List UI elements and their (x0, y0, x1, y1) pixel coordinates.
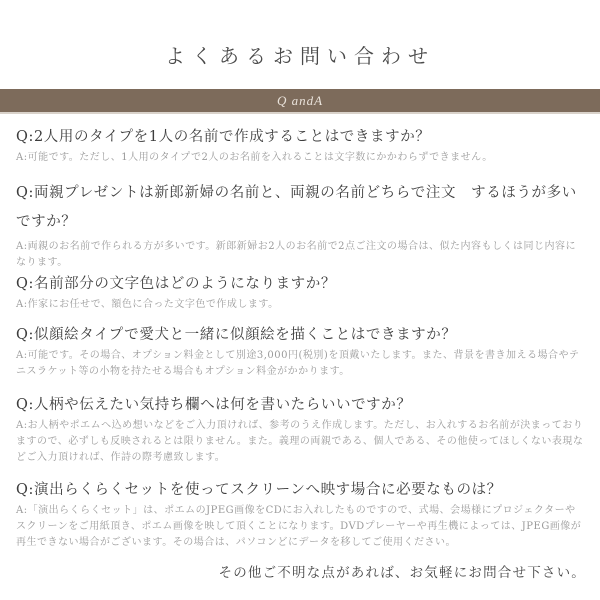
faq-answer: A:お人柄やポエムへ込め想いなどをご入力頂ければ、参考のうえ作成します。ただし、… (16, 418, 586, 466)
faq-item: Q:演出らくらくセットを使ってスクリーンへ映す場合に必要なものは？ A:「演出ら… (16, 477, 586, 551)
qa-banner-label: Q andA (0, 89, 600, 112)
faq-question: Q:人柄や伝えたい気持ち欄へは何を書いたらいいですか？ (16, 392, 586, 418)
faq-question: Q:似顔絵タイプで愛犬と一緒に似顔絵を描くことはできますか？ (16, 322, 586, 348)
faq-item: Q:両親プレゼントは新郎新婦の名前と、両親の名前どちらで注文 するほうが多いです… (16, 179, 586, 271)
faq-answer: A:両親のお名前で作られる方が多いです。新郎新婦お2人のお名前で2点ご注文の場合… (16, 239, 586, 271)
faq-answer: A:可能です。その場合、オプション料金として別途3,000円(税別)を頂戴いたし… (16, 348, 586, 380)
faq-question: Q:両親プレゼントは新郎新婦の名前と、両親の名前どちらで注文 するほうが多いです… (16, 179, 586, 237)
faq-answer: A:作家にお任せで、額色に合った文字色で作成します。 (16, 297, 586, 313)
faq-item: Q:2人用のタイプを1人の名前で作成することはできますか？ A:可能です。ただし… (16, 124, 586, 166)
faq-item: Q:名前部分の文字色はどのようになりますか？ A:作家にお任せで、額色に合った文… (16, 271, 586, 313)
faq-question: Q:演出らくらくセットを使ってスクリーンへ映す場合に必要なものは？ (16, 477, 586, 503)
faq-item: Q:似顔絵タイプで愛犬と一緒に似顔絵を描くことはできますか？ A:可能です。その… (16, 322, 586, 380)
contact-note: その他ご不明な点があれば、お気軽にお問合せ下さい。 (219, 561, 587, 581)
faq-question: Q:名前部分の文字色はどのようになりますか？ (16, 271, 586, 297)
faq-question: Q:2人用のタイプを1人の名前で作成することはできますか？ (16, 124, 586, 150)
faq-answer: A:可能です。ただし、1人用のタイプで2人のお名前を入れることは文字数にかかわら… (16, 150, 586, 166)
faq-item: Q:人柄や伝えたい気持ち欄へは何を書いたらいいですか？ A:お人柄やポエムへ込め… (16, 392, 586, 466)
qa-banner: Q andA (0, 89, 600, 114)
faq-answer: A:「演出らくらくセット」は、ポエムのJPEG画像をCDにお入れしたものですので… (16, 503, 586, 551)
page-title: よくあるお問い合わせ (0, 40, 600, 69)
